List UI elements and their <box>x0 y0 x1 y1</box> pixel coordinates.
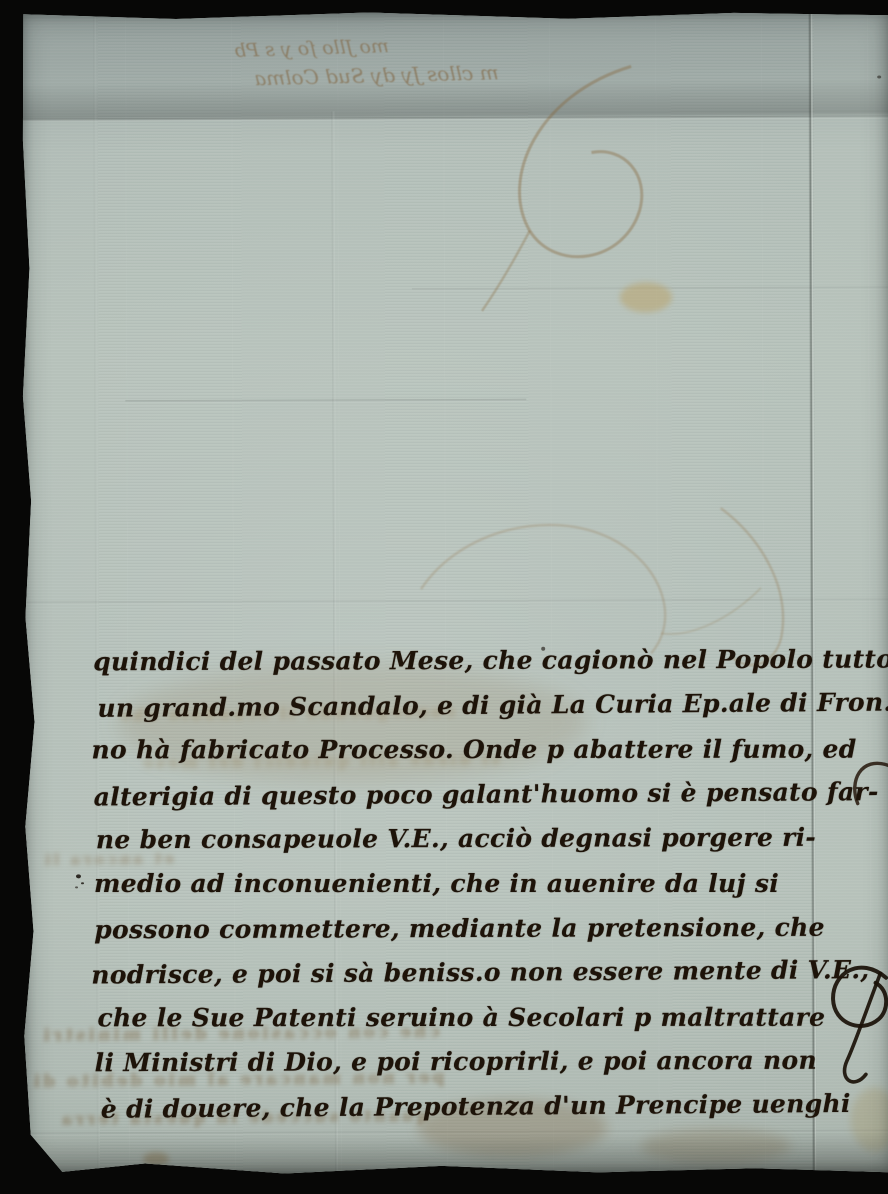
manuscript-line-8: nodrisce, e poi si sà beniss.o non esser… <box>91 949 815 999</box>
ink-speck-3 <box>723 1170 728 1174</box>
stain-bottom-left-dot <box>143 1152 169 1166</box>
horizontal-crease-4 <box>21 598 888 604</box>
letter-page: mo Jllo ſo y s Pb m cllos Jy dy Sud Colm… <box>19 9 888 1175</box>
manuscript-line-10: li Ministri di Dio, e poi ricoprirli, e … <box>95 1039 819 1086</box>
ink-speck-margin <box>76 874 81 878</box>
manuscript-line-7: possono commettere, mediante la pretensi… <box>94 905 818 952</box>
manuscript-line-1: quindici del passato Mese, che cagionò n… <box>93 638 817 685</box>
stain-bottom-mid <box>641 1128 791 1165</box>
bottom-edge-shade <box>23 1130 888 1175</box>
horizontal-crease-3 <box>125 399 526 403</box>
top-fold-band <box>19 8 888 121</box>
next-page-strip <box>813 9 888 1172</box>
manuscript-line-9: che le Sue Patenti seruino à Secolari p … <box>97 995 821 1040</box>
manuscript-line-6: medio ad inconuenienti, che in auenire d… <box>94 862 818 907</box>
scanned-document: mo Jllo ſo y s Pb m cllos Jy dy Sud Colm… <box>0 0 888 1194</box>
manuscript-line-11: è di douere, che la Prepotenza d'un Pren… <box>101 1082 825 1132</box>
manuscript-line-3: no hà fabricato Processo. Onde p abatter… <box>92 728 816 773</box>
letter-body-text: quindici del passato Mese, che cagionò n… <box>93 638 819 1131</box>
stain-yellow-spot <box>620 282 672 312</box>
manuscript-line-4: alterigia di questo poco galant'huomo si… <box>94 770 818 820</box>
manuscript-line-5: ne ben consapeuole V.E., acciò degnasi p… <box>96 816 820 863</box>
manuscript-line-2: un grand.mo Scandalo, e di già La Curia … <box>97 681 821 731</box>
